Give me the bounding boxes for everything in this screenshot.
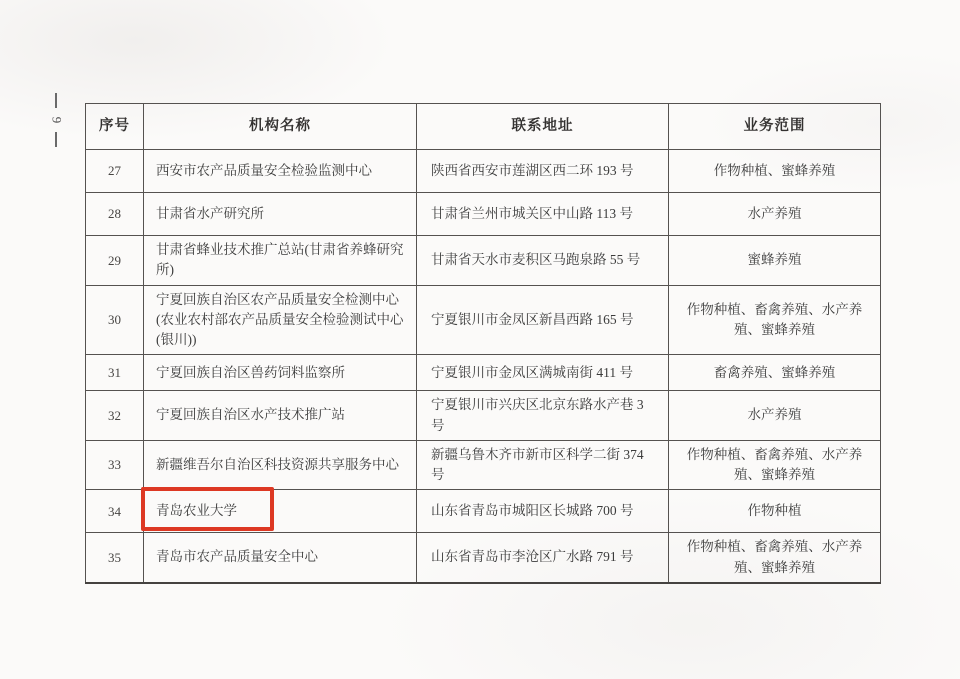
cell-institution-name: 宁夏回族自治区兽药饲料监察所 — [144, 355, 417, 391]
page-number-dash-bottom — [55, 132, 57, 147]
cell-institution-name: 宁夏回族自治区农产品质量安全检测中心(农业农村部农产品质量安全检验测试中心(银川… — [144, 285, 417, 355]
table-row-highlighted: 34 青岛农业大学 山东省青岛市城阳区长城路 700 号 作物种植 — [86, 490, 881, 533]
header-institution-name: 机构名称 — [144, 104, 417, 150]
scanned-document-page: 9 序号 机构名称 联系地址 业务范围 27 西安市农产品质量安全检验监测中心 … — [0, 0, 960, 679]
cell-institution-name: 甘肃省蜂业技术推广总站(甘肃省养蜂研究所) — [144, 236, 417, 286]
cell-serial: 28 — [86, 193, 144, 236]
cell-serial: 31 — [86, 355, 144, 391]
header-serial-number: 序号 — [86, 104, 144, 150]
cell-address: 新疆乌鲁木齐市新市区科学二街 374 号 — [417, 440, 669, 490]
institutions-table: 序号 机构名称 联系地址 业务范围 27 西安市农产品质量安全检验监测中心 陕西… — [85, 103, 881, 584]
cell-institution-name: 青岛市农产品质量安全中心 — [144, 533, 417, 583]
cell-scope: 作物种植、畜禽养殖、水产养殖、蜜蜂养殖 — [669, 285, 881, 355]
table-row: 32 宁夏回族自治区水产技术推广站 宁夏银川市兴庆区北京东路水产巷 3 号 水产… — [86, 391, 881, 441]
table-row: 31 宁夏回族自治区兽药饲料监察所 宁夏银川市金凤区满城南街 411 号 畜禽养… — [86, 355, 881, 391]
cell-scope: 水产养殖 — [669, 391, 881, 441]
cell-address: 山东省青岛市李沧区广水路 791 号 — [417, 533, 669, 583]
cell-institution-name: 青岛农业大学 — [144, 490, 417, 533]
cell-scope: 作物种植、畜禽养殖、水产养殖、蜜蜂养殖 — [669, 533, 881, 583]
cell-serial: 34 — [86, 490, 144, 533]
cell-address: 宁夏银川市金凤区新昌西路 165 号 — [417, 285, 669, 355]
table-row: 28 甘肃省水产研究所 甘肃省兰州市城关区中山路 113 号 水产养殖 — [86, 193, 881, 236]
cell-institution-name: 甘肃省水产研究所 — [144, 193, 417, 236]
cell-serial: 32 — [86, 391, 144, 441]
cell-address: 甘肃省天水市麦积区马跑泉路 55 号 — [417, 236, 669, 286]
cell-institution-name: 西安市农产品质量安全检验监测中心 — [144, 150, 417, 193]
table-row: 27 西安市农产品质量安全检验监测中心 陕西省西安市莲湖区西二环 193 号 作… — [86, 150, 881, 193]
cell-serial: 33 — [86, 440, 144, 490]
cell-scope: 作物种植 — [669, 490, 881, 533]
table-row: 33 新疆维吾尔自治区科技资源共享服务中心 新疆乌鲁木齐市新市区科学二街 374… — [86, 440, 881, 490]
cell-address: 宁夏银川市金凤区满城南街 411 号 — [417, 355, 669, 391]
cell-serial: 35 — [86, 533, 144, 583]
table-row: 29 甘肃省蜂业技术推广总站(甘肃省养蜂研究所) 甘肃省天水市麦积区马跑泉路 5… — [86, 236, 881, 286]
cell-address: 宁夏银川市兴庆区北京东路水产巷 3 号 — [417, 391, 669, 441]
table-header-row: 序号 机构名称 联系地址 业务范围 — [86, 104, 881, 150]
page-number-marker: 9 — [47, 91, 65, 149]
page-number: 9 — [46, 117, 66, 124]
cell-scope: 水产养殖 — [669, 193, 881, 236]
header-contact-address: 联系地址 — [417, 104, 669, 150]
table-row: 30 宁夏回族自治区农产品质量安全检测中心(农业农村部农产品质量安全检验测试中心… — [86, 285, 881, 355]
table-row: 35 青岛市农产品质量安全中心 山东省青岛市李沧区广水路 791 号 作物种植、… — [86, 533, 881, 583]
cell-institution-name: 宁夏回族自治区水产技术推广站 — [144, 391, 417, 441]
cell-scope: 畜禽养殖、蜜蜂养殖 — [669, 355, 881, 391]
highlighted-institution-name: 青岛农业大学 — [156, 503, 237, 518]
cell-address: 甘肃省兰州市城关区中山路 113 号 — [417, 193, 669, 236]
cell-institution-name: 新疆维吾尔自治区科技资源共享服务中心 — [144, 440, 417, 490]
cell-address: 陕西省西安市莲湖区西二环 193 号 — [417, 150, 669, 193]
page-number-dash-top — [55, 93, 57, 108]
header-business-scope: 业务范围 — [669, 104, 881, 150]
cell-serial: 30 — [86, 285, 144, 355]
cell-address: 山东省青岛市城阳区长城路 700 号 — [417, 490, 669, 533]
cell-serial: 27 — [86, 150, 144, 193]
cell-scope: 作物种植、畜禽养殖、水产养殖、蜜蜂养殖 — [669, 440, 881, 490]
cell-scope: 蜜蜂养殖 — [669, 236, 881, 286]
cell-scope: 作物种植、蜜蜂养殖 — [669, 150, 881, 193]
cell-serial: 29 — [86, 236, 144, 286]
